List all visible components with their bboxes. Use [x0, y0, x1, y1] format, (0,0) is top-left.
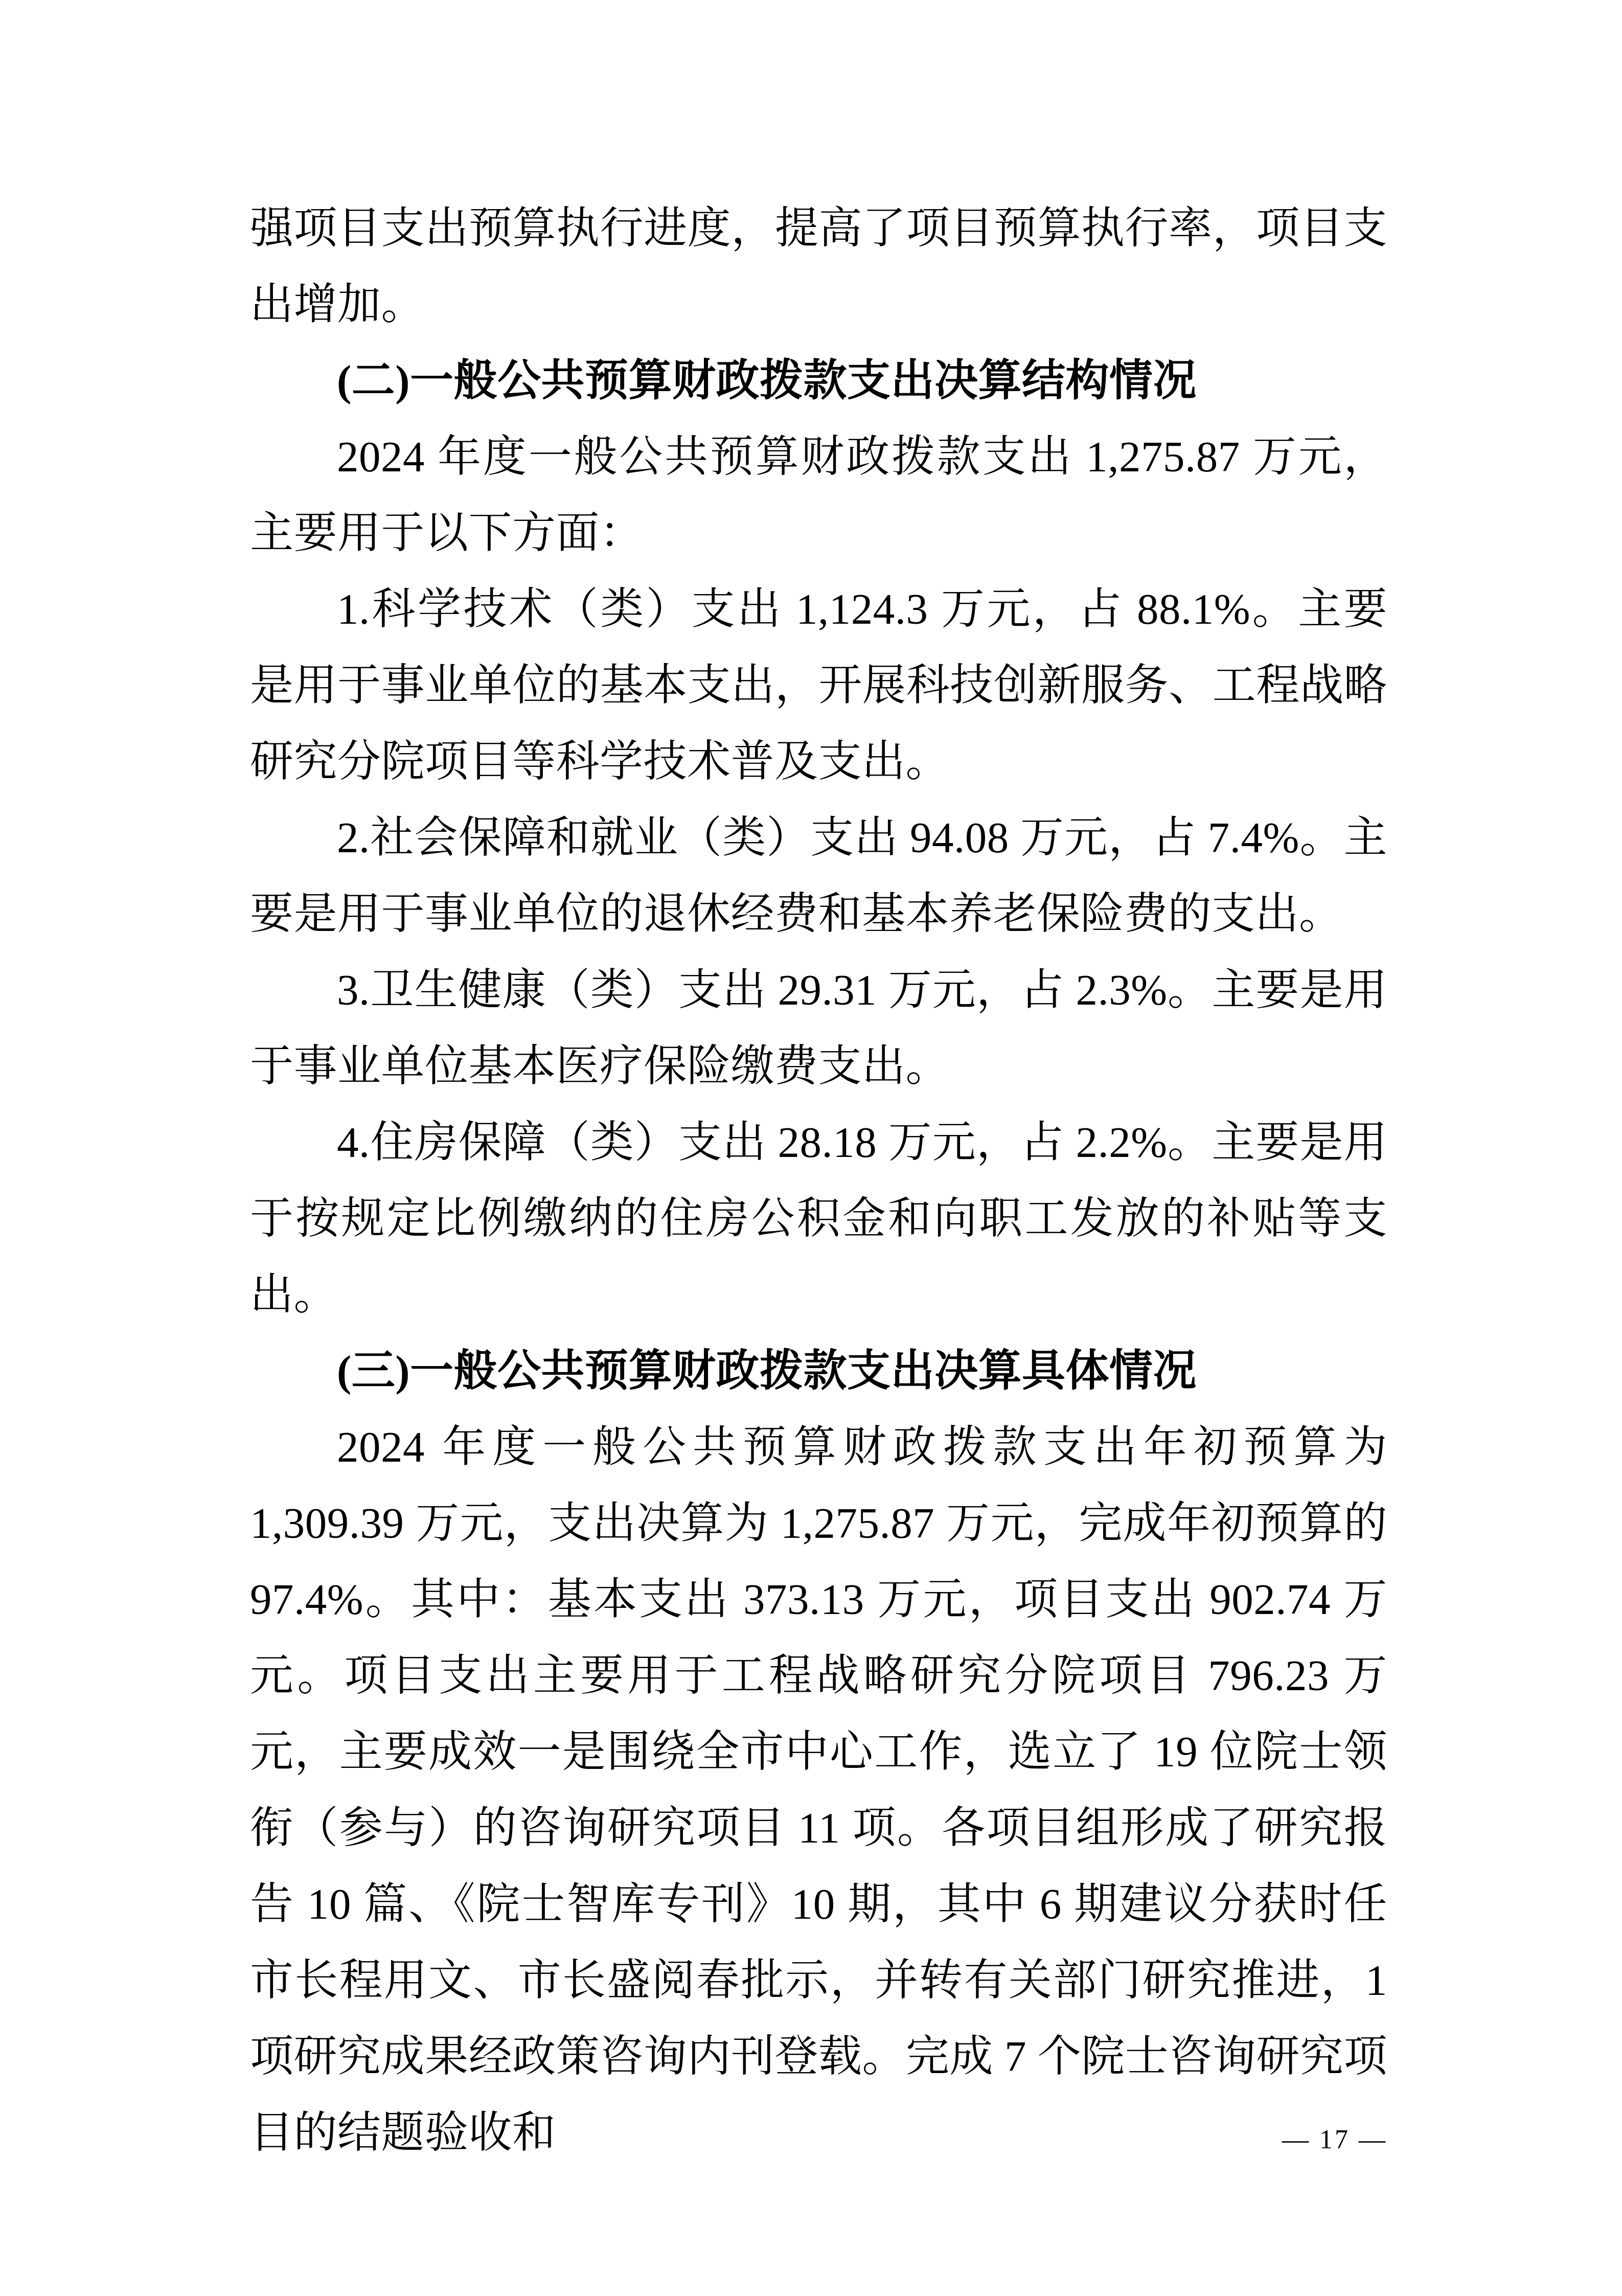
paragraph: 2024 年度一般公共预算财政拨款支出 1,275.87 万元，主要用于以下方面…: [250, 419, 1387, 572]
paragraph: 2024 年度一般公共预算财政拨款支出年初预算为 1,309.39 万元，支出决…: [250, 1410, 1387, 2171]
page-body-text: 强项目支出预算执行进度，提高了项目预算执行率，项目支出增加。(二)一般公共预算财…: [250, 191, 1387, 2171]
paragraph: 3.卫生健康（类）支出 29.31 万元，占 2.3%。主要是用于事业单位基本医…: [250, 952, 1387, 1105]
page-number: — 17 —: [1282, 2127, 1387, 2153]
section-heading: (三)一般公共预算财政拨款支出决算具体情况: [250, 1333, 1387, 1410]
section-heading: (二)一般公共预算财政拨款支出决算结构情况: [250, 343, 1387, 419]
paragraph: 1.科学技术（类）支出 1,124.3 万元，占 88.1%。主要是用于事业单位…: [250, 572, 1387, 800]
paragraph: 2.社会保障和就业（类）支出 94.08 万元，占 7.4%。主要是用于事业单位…: [250, 800, 1387, 952]
paragraph: 4.住房保障（类）支出 28.18 万元，占 2.2%。主要是用于按规定比例缴纳…: [250, 1105, 1387, 1333]
document-page: 强项目支出预算执行进度，提高了项目预算执行率，项目支出增加。(二)一般公共预算财…: [0, 0, 1622, 2296]
paragraph: 强项目支出预算执行进度，提高了项目预算执行率，项目支出增加。: [250, 191, 1387, 343]
